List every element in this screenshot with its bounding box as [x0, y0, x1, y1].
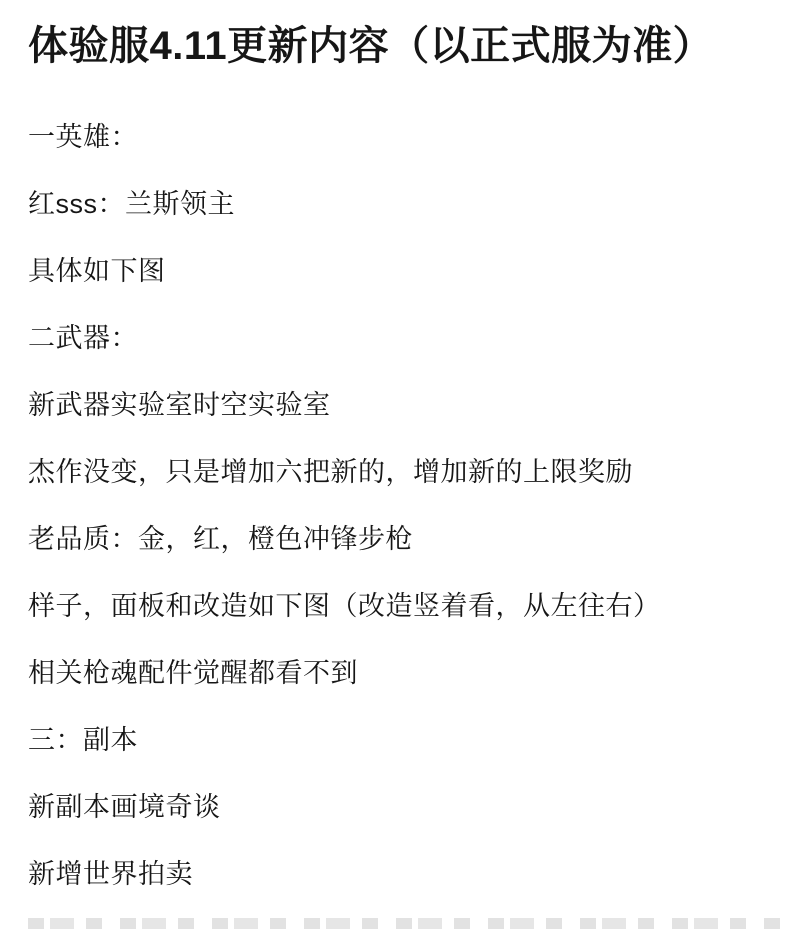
hero-line: 红sss：兰斯领主: [28, 188, 772, 220]
masterpiece-line: 杰作没变，只是增加六把新的，增加新的上限奖励: [28, 456, 772, 488]
old-quality-line: 老品质：金，红，橙色冲锋步枪: [28, 523, 772, 555]
page-title: 体验服4.11更新内容（以正式服为准）: [28, 22, 772, 70]
clipped-text-line: [28, 918, 780, 929]
weapon-lab-line: 新武器实验室时空实验室: [28, 389, 772, 421]
section-heroes-heading: 一英雄：: [28, 121, 772, 153]
section-dungeon-heading: 三：副本: [28, 724, 772, 756]
section-weapons-heading: 二武器：: [28, 322, 772, 354]
world-auction-line: 新增世界拍卖: [28, 858, 772, 890]
new-dungeon-line: 新副本画境奇谈: [28, 791, 772, 823]
hero-detail-line: 具体如下图: [28, 255, 772, 287]
gun-soul-line: 相关枪魂配件觉醒都看不到: [28, 657, 772, 689]
update-notes-article: 体验服4.11更新内容（以正式服为准） 一英雄： 红sss：兰斯领主 具体如下图…: [0, 0, 800, 929]
appearance-line: 样子，面板和改造如下图（改造竖着看，从左往右）: [28, 590, 772, 622]
